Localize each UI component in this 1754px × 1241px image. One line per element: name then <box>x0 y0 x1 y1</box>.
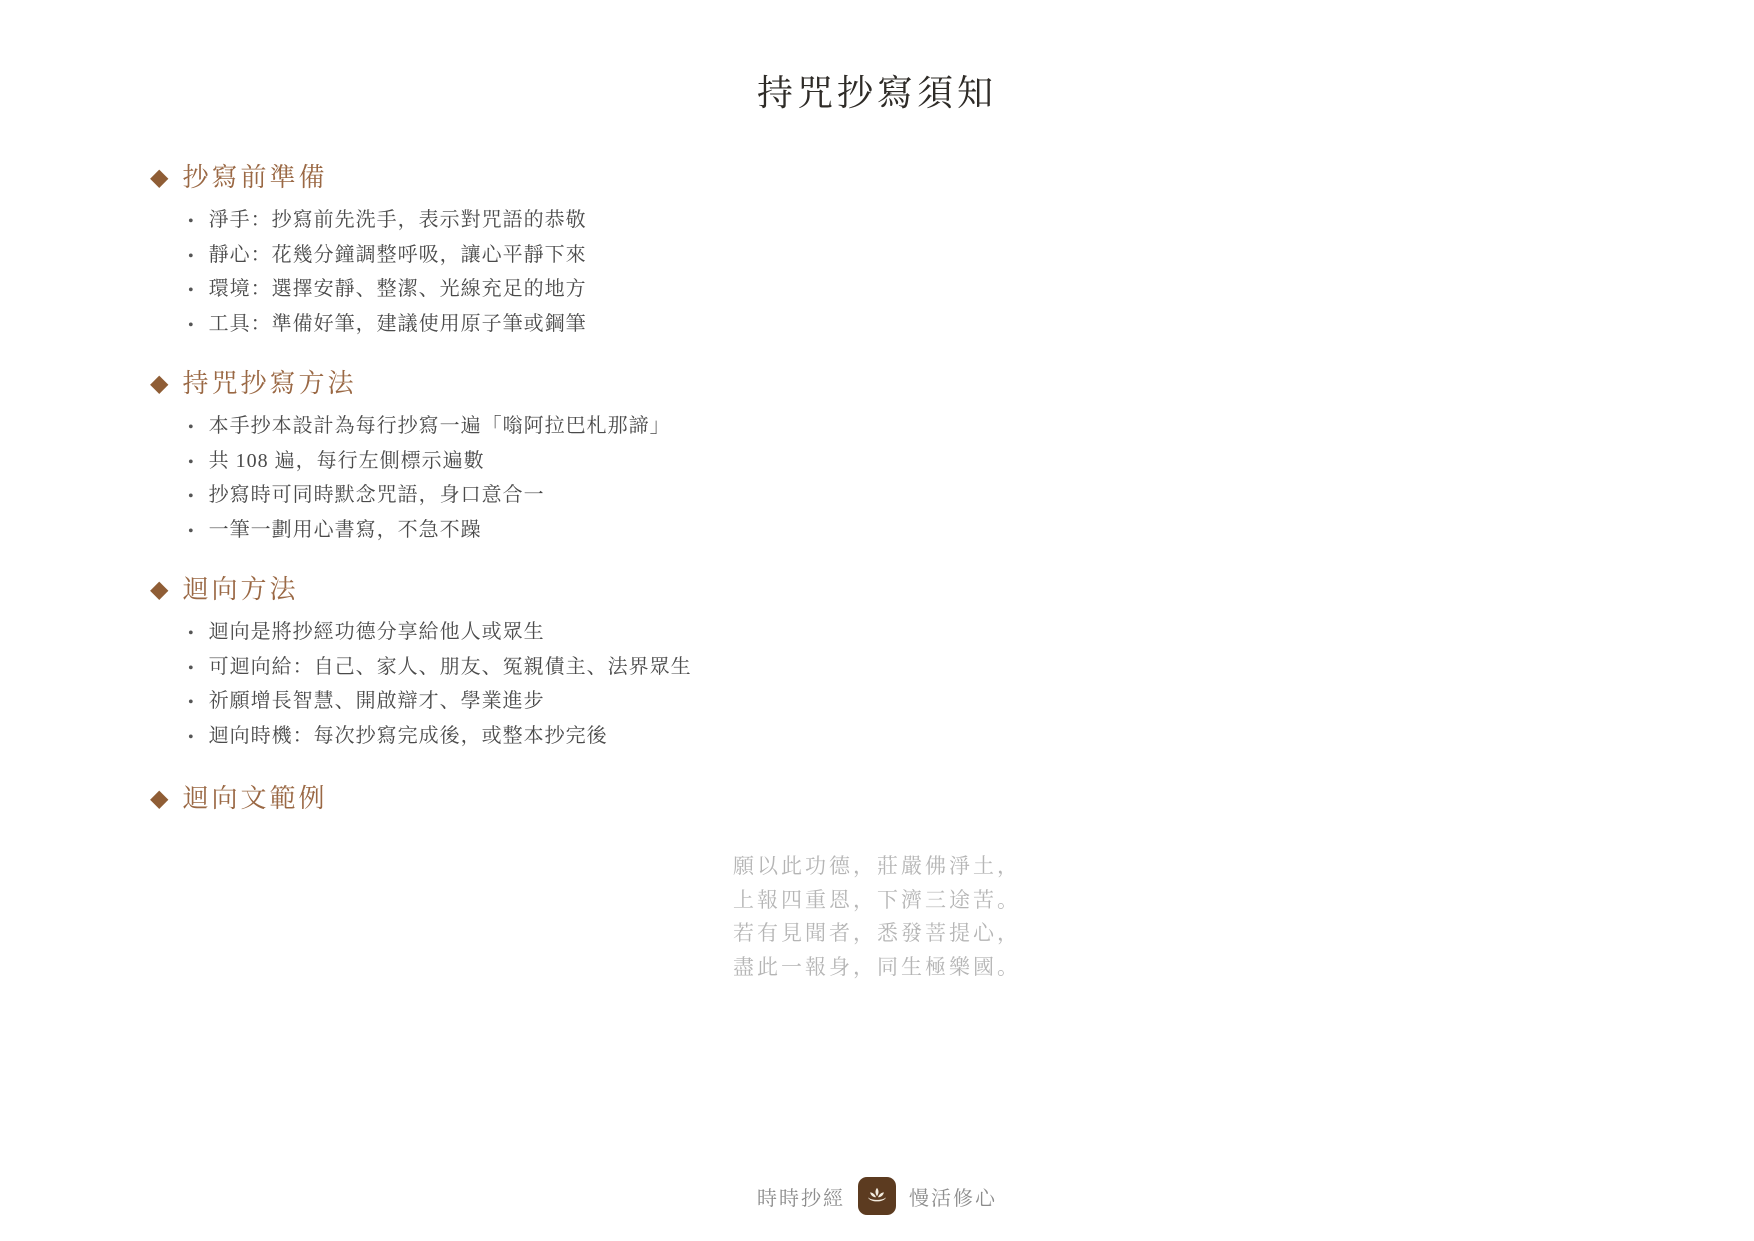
diamond-icon: ◆ <box>150 161 168 195</box>
bullet-icon: • <box>188 317 195 334</box>
bullet-icon: • <box>188 694 195 711</box>
list-item: •抄寫時可同時默念咒語，身口意合一 <box>188 479 1754 514</box>
bullet-text: 靜心：花幾分鐘調整呼吸，讓心平靜下來 <box>209 244 587 266</box>
section-title: 抄寫前準備 <box>182 161 327 195</box>
bullet-icon: • <box>188 729 195 746</box>
bullet-icon: • <box>188 454 195 471</box>
bullet-icon: • <box>188 248 195 265</box>
section-header-dedication: ◆ 迴向方法 <box>150 573 1754 607</box>
list-item: •迴向是將抄經功德分享給他人或眾生 <box>188 616 1754 651</box>
bullet-icon: • <box>188 625 195 642</box>
verse-line: 盡此一報身，同生極樂國。 <box>0 951 1754 985</box>
bullet-list-method: •本手抄本設計為每行抄寫一遍「嗡阿拉巴札那諦」 •共 108 遍，每行左側標示遍… <box>188 410 1754 548</box>
list-item: •共 108 遍，每行左側標示遍數 <box>188 445 1754 480</box>
bullet-icon: • <box>188 282 195 299</box>
dedication-verse: 願以此功德，莊嚴佛淨土， 上報四重恩，下濟三途苦。 若有見聞者，悉發菩提心， 盡… <box>0 850 1754 984</box>
list-item: •迴向時機：每次抄寫完成後，或整本抄完後 <box>188 720 1754 755</box>
section-title: 迴向文範例 <box>182 782 327 816</box>
bullet-text: 迴向時機：每次抄寫完成後，或整本抄完後 <box>209 725 608 747</box>
list-item: •淨手：抄寫前先洗手，表示對咒語的恭敬 <box>188 204 1754 239</box>
section-header-method: ◆ 持咒抄寫方法 <box>150 367 1754 401</box>
page-title: 持咒抄寫須知 <box>0 0 1754 115</box>
notice-content: ◆ 抄寫前準備 •淨手：抄寫前先洗手，表示對咒語的恭敬 •靜心：花幾分鐘調整呼吸… <box>150 161 1754 816</box>
section-header-preparation: ◆ 抄寫前準備 <box>150 161 1754 195</box>
verse-line: 願以此功德，莊嚴佛淨土， <box>0 850 1754 884</box>
bullet-list-preparation: •淨手：抄寫前先洗手，表示對咒語的恭敬 •靜心：花幾分鐘調整呼吸，讓心平靜下來 … <box>188 204 1754 342</box>
bullet-list-dedication: •迴向是將抄經功德分享給他人或眾生 •可迴向給：自己、家人、朋友、冤親債主、法界… <box>188 616 1754 754</box>
list-item: •一筆一劃用心書寫，不急不躁 <box>188 514 1754 549</box>
diamond-icon: ◆ <box>150 367 168 401</box>
bullet-icon: • <box>188 488 195 505</box>
verse-line: 若有見聞者，悉發菩提心， <box>0 917 1754 951</box>
list-item: •工具：準備好筆，建議使用原子筆或鋼筆 <box>188 308 1754 343</box>
bullet-text: 工具：準備好筆，建議使用原子筆或鋼筆 <box>209 313 587 335</box>
bullet-text: 迴向是將抄經功德分享給他人或眾生 <box>209 621 545 643</box>
list-item: •祈願增長智慧、開啟辯才、學業進步 <box>188 685 1754 720</box>
bullet-text: 本手抄本設計為每行抄寫一遍「嗡阿拉巴札那諦」 <box>209 415 671 437</box>
footer-brand-left: 時時抄經 <box>757 1182 845 1211</box>
footer-brand-right: 慢活修心 <box>909 1182 997 1211</box>
section-title: 迴向方法 <box>182 573 298 607</box>
bullet-text: 抄寫時可同時默念咒語，身口意合一 <box>209 484 545 506</box>
list-item: •可迴向給：自己、家人、朋友、冤親債主、法界眾生 <box>188 651 1754 686</box>
verse-line: 上報四重恩，下濟三途苦。 <box>0 884 1754 918</box>
bullet-icon: • <box>188 523 195 540</box>
bullet-text: 可迴向給：自己、家人、朋友、冤親債主、法界眾生 <box>209 656 692 678</box>
bullet-text: 祈願增長智慧、開啟辯才、學業進步 <box>209 690 545 712</box>
list-item: •靜心：花幾分鐘調整呼吸，讓心平靜下來 <box>188 239 1754 274</box>
list-item: •本手抄本設計為每行抄寫一遍「嗡阿拉巴札那諦」 <box>188 410 1754 445</box>
section-title: 持咒抄寫方法 <box>182 367 356 401</box>
diamond-icon: ◆ <box>150 573 168 607</box>
section-header-verse-example: ◆ 迴向文範例 <box>150 782 1754 816</box>
list-item: •環境：選擇安靜、整潔、光線充足的地方 <box>188 273 1754 308</box>
bullet-text: 共 108 遍，每行左側標示遍數 <box>209 450 485 472</box>
bullet-icon: • <box>188 419 195 436</box>
lotus-icon <box>858 1177 896 1215</box>
bullet-text: 環境：選擇安靜、整潔、光線充足的地方 <box>209 278 587 300</box>
footer-brand: 時時抄經 慢活修心 <box>0 1177 1754 1215</box>
diamond-icon: ◆ <box>150 782 168 816</box>
bullet-text: 一筆一劃用心書寫，不急不躁 <box>209 519 482 541</box>
bullet-icon: • <box>188 213 195 230</box>
bullet-icon: • <box>188 660 195 677</box>
bullet-text: 淨手：抄寫前先洗手，表示對咒語的恭敬 <box>209 209 587 231</box>
